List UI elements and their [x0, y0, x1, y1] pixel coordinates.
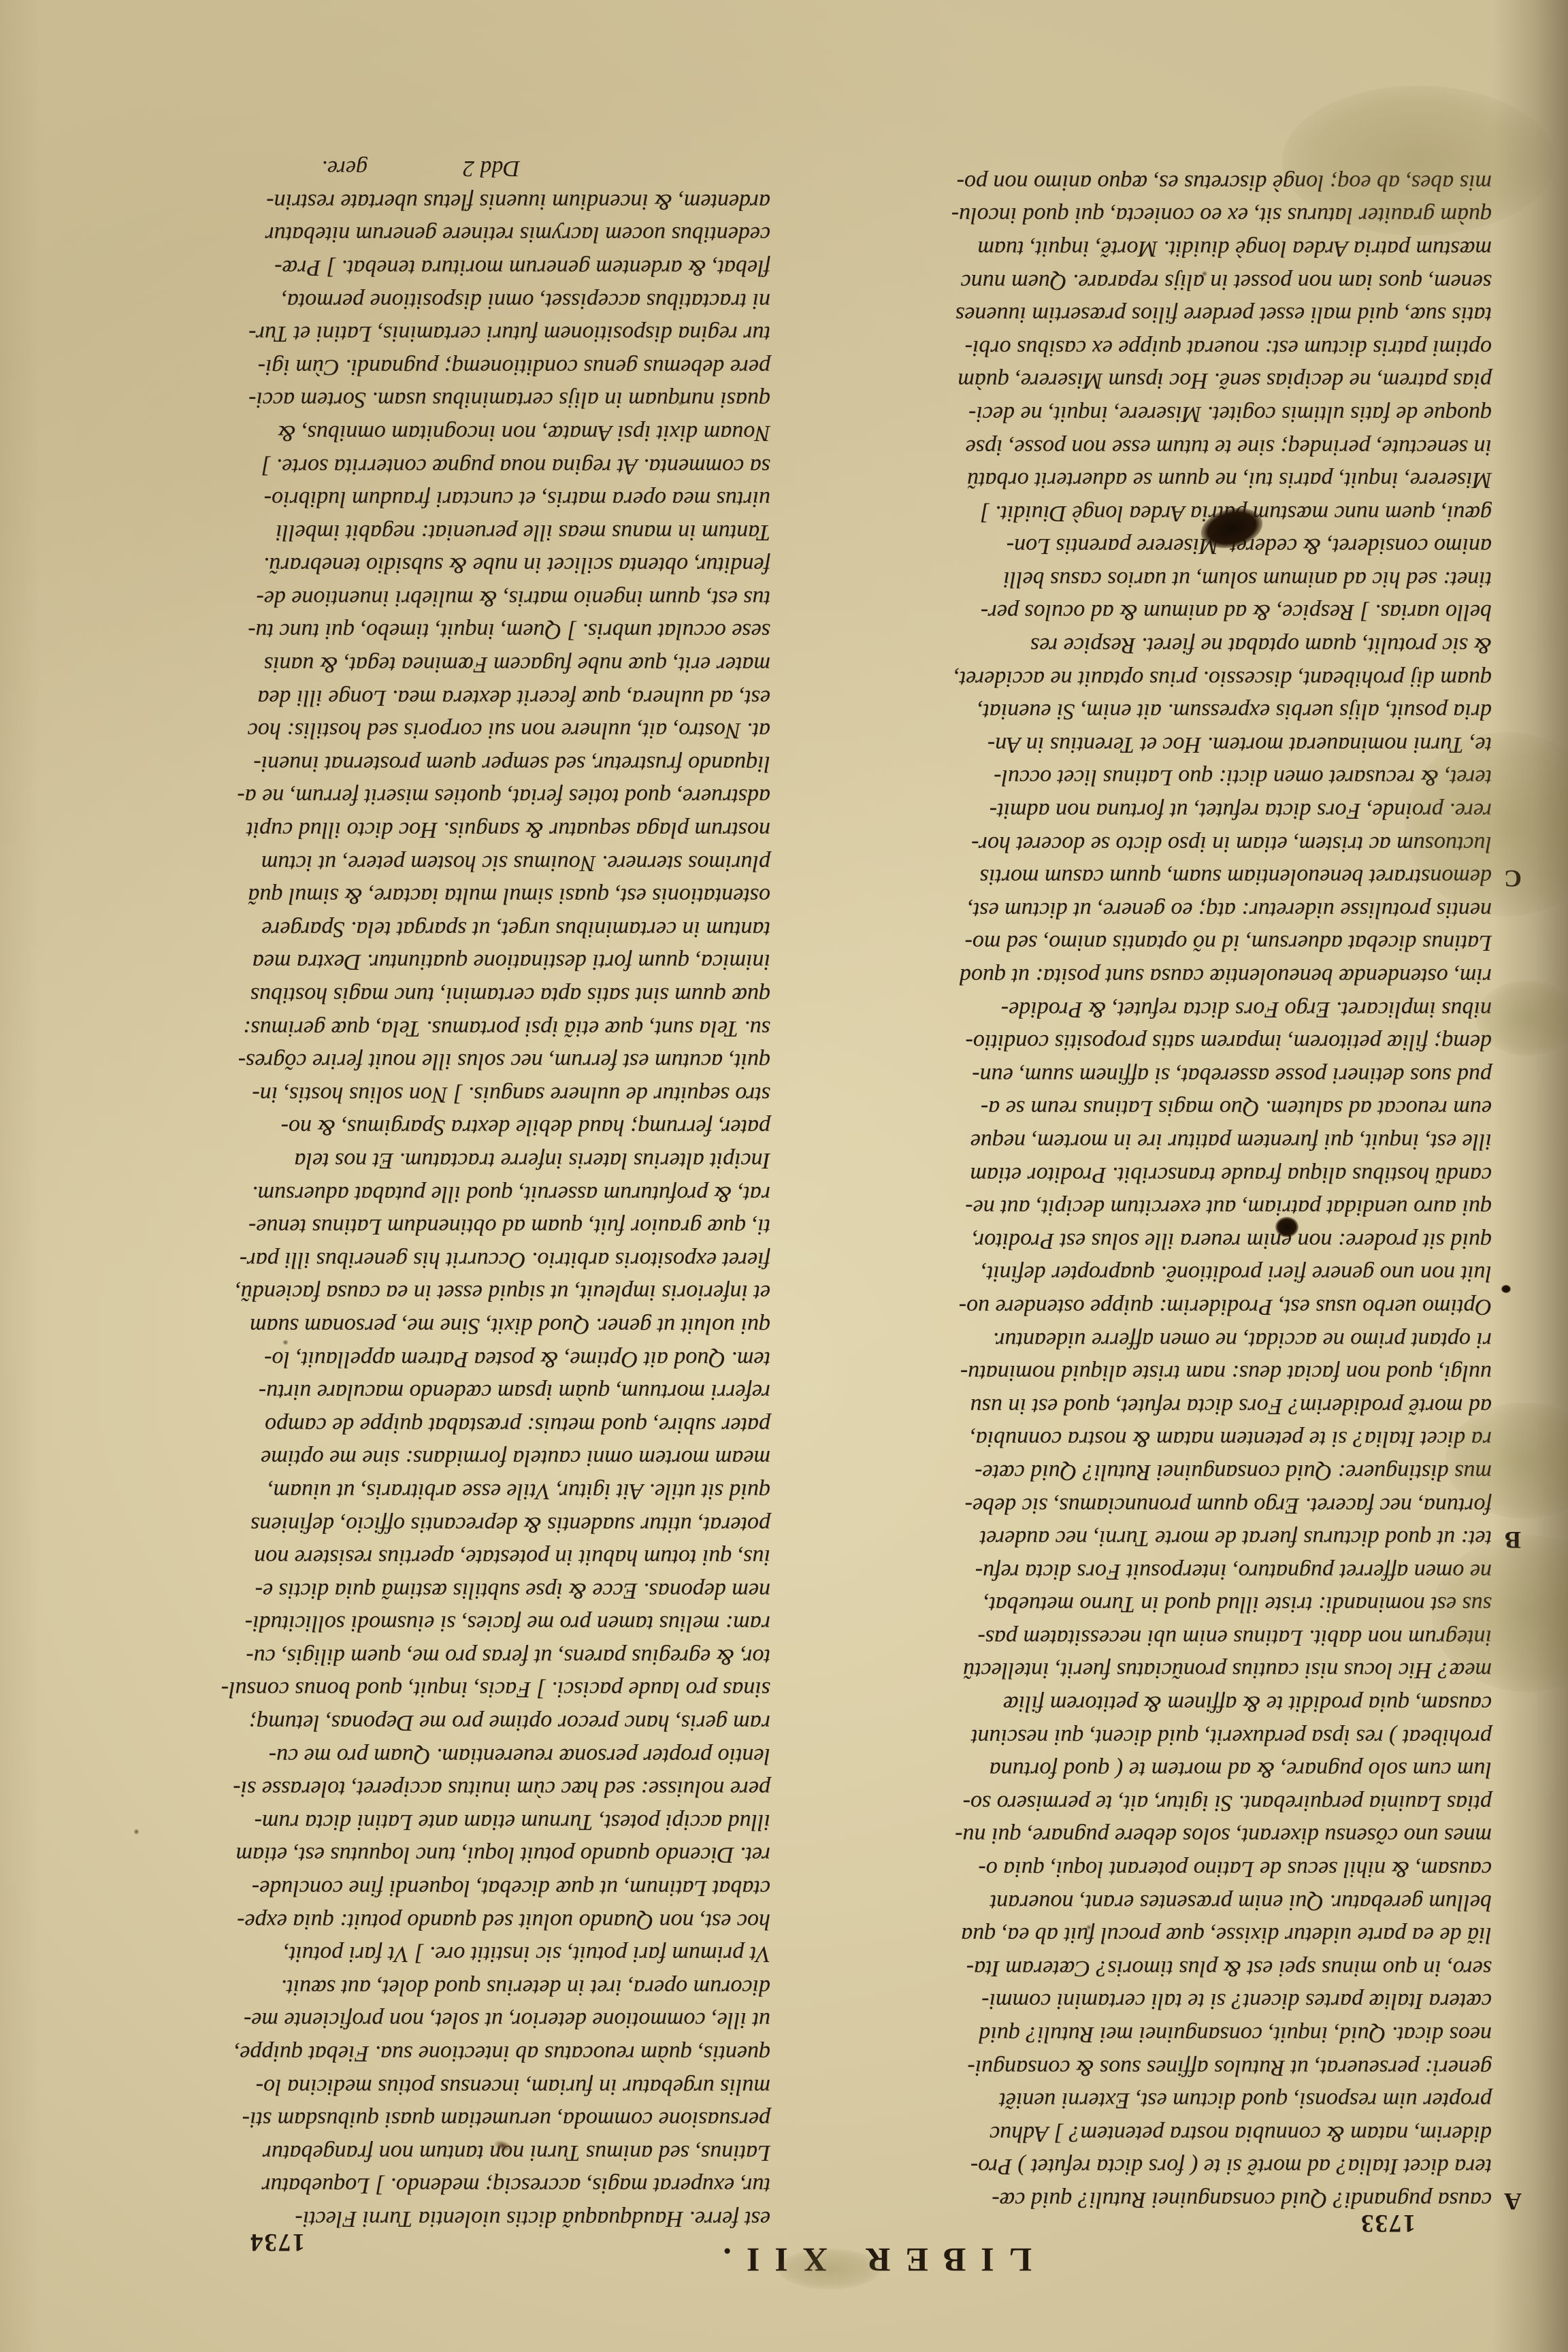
text-line: bello uarias. ] Respice, & ad animum & a…	[800, 595, 1492, 629]
text-line: cætera Italiæ partes dicent? si te tali …	[800, 1984, 1492, 2018]
text-line: ctabat Latinum, ut quæ dicebat, loquendi…	[79, 1871, 770, 1904]
text-line: pater, ferrumq; haud debile dextra Sparg…	[79, 1111, 770, 1144]
text-line: luit non uno genere fieri proditionẽ. qu…	[800, 1257, 1492, 1290]
text-line: gæui, quem nunc mæstum patria Ardea long…	[800, 496, 1492, 529]
text-line: illud accipi potest, Turnum etiam ante L…	[79, 1805, 770, 1838]
text-line: causam, & nihil secus de Latino poterant…	[800, 1852, 1492, 1885]
text-line: tatis suæ, quid mali esset perdere filio…	[800, 298, 1492, 331]
text-line: dria posuit, alijs uerbis expressum. ait…	[800, 695, 1492, 728]
text-line: tet: ut quod dicturus fuerat de morte Tu…	[800, 1522, 1492, 1555]
text-line: bellum gerebatur. Qui enim præsentes era…	[800, 1885, 1492, 1918]
text-line: causa pugnandi? Quid consanguinei Rutuli…	[800, 2183, 1492, 2216]
text-line: quæ quum sint satis apta certamini, tunc…	[79, 978, 770, 1011]
text-line: tur regina dispositionem futuri certamin…	[79, 317, 770, 350]
text-line: Vt primum fari potuit, sic institit ore.…	[79, 1938, 770, 1971]
text-line: quasi nunquam in alijs certaminibus usam…	[79, 383, 770, 416]
text-line: rim, ostendendæ beneuolentiæ causa sunt …	[800, 959, 1492, 992]
text-line: demonstraret beneuolentiam suam, quum ca…	[800, 860, 1492, 894]
text-line: nem deponas. Ecce & ipse subtilis æstimã…	[79, 1573, 770, 1607]
text-line: nentis protulisse uideretur: atq; eo gen…	[800, 893, 1492, 926]
text-line: nostrum plaga sequatur & sanguis. Hoc di…	[79, 813, 770, 846]
scanned-book-page: 1733 LIBER XII. 1734 causa pugnandi? Qui…	[0, 0, 1568, 2352]
text-line: quam dij prohibeant, discessio. prius op…	[800, 661, 1492, 695]
text-column-1734: est ferre. Haudquaquã dictis uiolentia T…	[79, 152, 770, 2235]
text-line: ne omen afferret pugnaturo, interposuit …	[800, 1554, 1492, 1588]
text-line: tera dicet Italia? ad mortẽ si te ( fors…	[800, 2150, 1492, 2183]
text-line: propter uim responsi, quod dictum est, E…	[800, 2084, 1492, 2117]
text-line: ostentationis est, quasi simul multa iac…	[79, 879, 770, 913]
text-line: ti, quæ grauior fuit, quam ad obtinendum…	[79, 1210, 770, 1243]
text-line: Incipit alterius lateris inferre tractat…	[79, 1143, 770, 1177]
text-line: qui uoluit ut gener. Quod dixit, Sine me…	[79, 1309, 770, 1342]
text-line: rere. proinde, Fors dicta refutet, ut fo…	[800, 794, 1492, 827]
signature-mark: Ddd 2	[463, 152, 520, 185]
text-line: sero, in quo minus spei est & plus timor…	[800, 1951, 1492, 1984]
running-title: LIBER XII.	[708, 2240, 1032, 2280]
text-line: plurimos sternere. Nouimus sic hostem pe…	[79, 846, 770, 879]
text-line: ret. Dicendo quando potuit loqui, tunc l…	[79, 1838, 770, 1872]
text-line: sinas pro laude pacisci. ] Facis, inquit…	[79, 1673, 770, 1706]
text-line: animo consideret, & cederet. Miserere pa…	[800, 529, 1492, 563]
text-line: persuasione commoda, uerumetiam quasi qu…	[79, 2103, 770, 2136]
text-line: inimica, quum forti destinatione quatiun…	[79, 945, 770, 979]
text-line: mnes uno cõsensu dixerant, solos debere …	[800, 1819, 1492, 1852]
text-line: Latinus dicebat aduersum, id nõ optantis…	[800, 926, 1492, 960]
text-line: ut ille, commotione deterior, ut solet, …	[79, 2004, 770, 2037]
text-line: quoque de fatis ultimis cogitet. Miserer…	[800, 397, 1492, 430]
text-line: lum cum solo pugnare, & ad mortem te ( q…	[800, 1753, 1492, 1786]
page-scan: 1733 LIBER XII. 1734 causa pugnandi? Qui…	[0, 0, 1568, 2352]
text-line: hoc est, non Quando uoluit sed quando po…	[79, 1904, 770, 1938]
text-line: stro sequitur de uulnere sanguis. ] Non …	[79, 1077, 770, 1111]
text-line: sese occulat umbris. ] Quem, inquit, tim…	[79, 615, 770, 648]
text-line: ra dicet Italia? si te petentem natam & …	[800, 1422, 1492, 1456]
text-line: quit, acutum est ferrum, nec solus ille …	[79, 1045, 770, 1078]
text-line: est, ad uulnera, quæ fecerit dextera mea…	[79, 681, 770, 714]
text-line: Miserere, inquit, patris tui, ne quum se…	[800, 463, 1492, 497]
text-line: poterat, utitur suadentis & deprecantis …	[79, 1507, 770, 1541]
text-line: generi: perseuerat, ut Rutulos affines s…	[800, 2051, 1492, 2084]
text-line: qui auro uendidat patriam, aut exercitum…	[800, 1191, 1492, 1224]
text-line: meam mortem omni cautela formidans: sine…	[79, 1441, 770, 1475]
text-line: & sic protulit, quam optabat ne fieret. …	[800, 629, 1492, 662]
text-line: diderim, natam & connubia nostra petente…	[800, 2117, 1492, 2150]
text-line: et inferioris impleuit, ut siquid esset …	[79, 1276, 770, 1309]
text-line: fenditur, obtenta scilicet in nube & sub…	[79, 549, 770, 582]
text-line: ille est, inquit, qui furentem patitur i…	[800, 1124, 1492, 1158]
text-line: quid sit utile. Ait igitur, Vtile esse a…	[79, 1474, 770, 1507]
text-line: sa commenta. At regina noua pugnæ conter…	[79, 449, 770, 483]
margin-ink-dot	[1501, 1285, 1511, 1293]
text-line: pias patrem, ne decipias senẽ. Hoc ipsum…	[800, 364, 1492, 397]
text-column-1733: causa pugnandi? Quid consanguinei Rutuli…	[800, 165, 1492, 2216]
text-line: tor, & egregius parens, ut feras pro me,…	[79, 1639, 770, 1673]
text-line: quid sit prodere: non enim reuera ille s…	[800, 1224, 1492, 1257]
text-line: te, Turni nominauerat mortem. Hoc et Ter…	[800, 728, 1492, 761]
text-line: pere noluisse: sed hæc cùm inuitus accip…	[79, 1772, 770, 1806]
text-line: referri mortuum, quàm ipsam cædendo macu…	[79, 1375, 770, 1409]
text-line: pere debemus genus conditionemq; pugnand…	[79, 350, 770, 383]
text-line: optimi patris dictum est: nouerat quippe…	[800, 331, 1492, 364]
margin-letter-B: B	[1497, 1526, 1529, 1554]
text-line: neos dicat. Quid, inquit, consanguinei m…	[800, 2017, 1492, 2051]
signature-row: Ddd 2gere.	[79, 152, 770, 185]
text-line: luctuosum ac tristem, etiam in ipso dict…	[800, 827, 1492, 860]
text-line: ram geris, hanc precor optime pro me Dep…	[79, 1706, 770, 1739]
text-line: adstruere, quod toties feriat, quoties m…	[79, 780, 770, 813]
text-line: Latinus, sed animus Turni non tantum non…	[79, 2136, 770, 2169]
text-line: uirtus mea opera matris, et cunctari fra…	[79, 483, 770, 516]
text-line: integrum non dabit. Latinus enim ubi nec…	[800, 1620, 1492, 1654]
text-line: ardentem, & incendium iuuenis fletus ube…	[79, 184, 770, 218]
text-line: mater erit, quæ nube fugacem Fœminea teg…	[79, 648, 770, 681]
text-line: teret, & recusaret omen dicti: quo Latin…	[800, 761, 1492, 794]
margin-letter-C: C	[1497, 864, 1529, 893]
text-line: ptias Lauinia perquirebant. Si igitur, a…	[800, 1786, 1492, 1819]
text-line: mus distinguere: Quid consanguinei Rutul…	[800, 1455, 1492, 1488]
text-line: eum reuocat ad salutem. Quo magis Latinu…	[800, 1092, 1492, 1125]
text-line: fortuna, nec faceret. Ergo quum pronunci…	[800, 1488, 1492, 1522]
text-line: Optimo uerbo usus est, Prodiderim: quipp…	[800, 1290, 1492, 1323]
text-line: est ferre. Haudquaquã dictis uiolentia T…	[79, 2202, 770, 2235]
text-line: ri optant primo ne accidat, ne omen affe…	[800, 1323, 1492, 1356]
text-line: lentio propter personæ reuerentiam. Quam…	[79, 1739, 770, 1772]
margin-letter-A: A	[1497, 2187, 1529, 2216]
text-line: liã de ea parte uidetur dixisse, quæ pro…	[800, 1918, 1492, 1952]
text-line: tus est, quum ingenio matris, & muliebri…	[79, 581, 770, 615]
text-line: dicorum opera, iret in deterius quod dol…	[79, 1970, 770, 2004]
text-line: nibus implicaret. Ergo Fors dicta refute…	[800, 992, 1492, 1026]
text-line: ad mortẽ prodiderim? Fors dicta refutet,…	[800, 1389, 1492, 1422]
text-line: mis abes, ab eoq; longè discretus es, æq…	[800, 165, 1492, 199]
text-line: demq; filiæ petitorem, imparem satis pro…	[800, 1026, 1492, 1059]
text-line: mulis urgebatur in furiam, incensus poti…	[79, 2070, 770, 2103]
text-line: at. Nostro, ait, uulnere non sui corpori…	[79, 714, 770, 747]
text-line: tem. Quod ait Optime, & postea Patrem ap…	[79, 1342, 770, 1375]
text-line: pud suos detineri posse asserebat, si af…	[800, 1058, 1492, 1092]
text-line: ni tractatibus accepisset, omni disposit…	[79, 284, 770, 317]
text-line: tantum in certaminibus urget, ut spargat…	[79, 912, 770, 945]
text-line: quentis, quàm reuocatus ab intectione su…	[79, 2036, 770, 2070]
text-line: sus est nominandi: triste illud quod in …	[800, 1588, 1492, 1621]
text-line: senem, quos iam non posset in alijs repa…	[800, 265, 1492, 298]
text-line: cedentibus uocem lacrymis retinere gener…	[79, 218, 770, 251]
text-line: su. Tela sunt, quæ etiã ipsi portamus. T…	[79, 1011, 770, 1045]
text-line: ius, qui totum habuit in potestate, aper…	[79, 1541, 770, 1574]
text-line: candũ hostibus aliqua fraude transcribit…	[800, 1158, 1492, 1191]
text-line: quàm grauiter laturus sit, ex eo coniect…	[800, 199, 1492, 232]
text-line: flebat, & ardentem generum moritura tene…	[79, 250, 770, 284]
text-line: Nouam dixit ipsi Amatæ, non incognitam o…	[79, 416, 770, 449]
text-line: in senectute, perindeq; sine te tutum es…	[800, 430, 1492, 463]
text-line: fieret expositoris arbitrio. Occurrit hi…	[79, 1243, 770, 1276]
text-line: pater subire, quod metuis: præstabat qui…	[79, 1408, 770, 1441]
catchword: gere.	[321, 152, 367, 185]
text-line: tinet: sed hic ad animum solum, ut uario…	[800, 562, 1492, 595]
text-line: meæ? Hic locus nisi cautius pronũciatus …	[800, 1654, 1492, 1687]
text-line: rat, & profuturum asseruit, quod ille pu…	[79, 1177, 770, 1210]
text-line: uulgi, quod non faciat deus: nam triste …	[800, 1356, 1492, 1390]
text-line: mæstum patria Ardea longè diuidit. Mortẽ…	[800, 231, 1492, 265]
text-line: prohibeat ) res ipsa perduxerit, quid di…	[800, 1720, 1492, 1753]
text-line: Tantum in manus meas ille perueniat: neg…	[79, 515, 770, 549]
text-line: liquando frustretur, sed semper quem pro…	[79, 747, 770, 780]
text-line: tur, exuperat magis, accresciq; medendo.…	[79, 2169, 770, 2202]
text-line: ram: melius tamen pro me facies, si eius…	[79, 1607, 770, 1640]
text-line: causam, quia prodidit te & affinem & pet…	[800, 1687, 1492, 1720]
